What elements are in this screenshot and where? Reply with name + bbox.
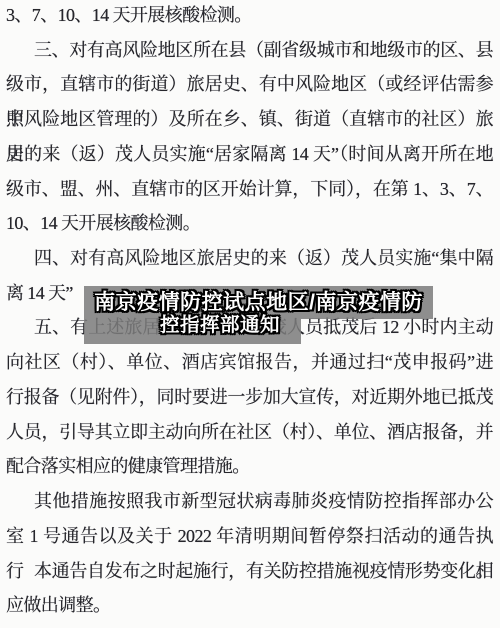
text-line: 三、对有高风险地区所在县（副省级城市和地级市的区、县 bbox=[6, 33, 493, 68]
text-line: 其他措施按照我市新型冠状病毒肺炎疫情防控指挥部办公 bbox=[6, 484, 493, 519]
text-line: 中风险地区管理的）及所在乡、镇、街道（直辖市的社区）旅居 bbox=[6, 102, 493, 137]
document-page: 3、7、10、14 天开展核酸检测。 三、对有高风险地区所在县（副省级城市和地级… bbox=[0, 0, 500, 628]
text-line: 室 1 号通告以及关于 2022 年清明期间暂停祭扫活动的通告执行。 bbox=[6, 519, 493, 554]
text-line: 行报备（见附件），同时要进一步加大宣传，对近期外地已抵茂 bbox=[6, 380, 493, 415]
text-line: 级市、盟、州、直辖市的区开始计算，下同），在第 1、3、7、 bbox=[6, 172, 493, 207]
text-line: 人员，引导其立即主动向所在社区（村）、单位、酒店报备，并 bbox=[6, 415, 493, 450]
text-line: 配合落实相应的健康管理措施。 bbox=[6, 449, 493, 484]
text-line: 10、14 天开展核酸检测。 bbox=[6, 206, 493, 241]
text-line: 3、7、10、14 天开展核酸检测。 bbox=[6, 0, 493, 33]
text-line: 应做出调整。 bbox=[6, 588, 493, 623]
text-line: 级市，直辖市的街道）旅居史、有中风险地区（或经评估需参照 bbox=[6, 67, 493, 102]
text-line: 本通告自发布之时起施行，有关防控措施视疫情形势变化相 bbox=[6, 554, 493, 589]
headline-line-2: 控指挥部通知 bbox=[139, 312, 301, 338]
text-line: 史的来（返）茂人员实施“居家隔离 14 天”（时间从离开所在地 bbox=[6, 137, 493, 172]
text-line: 四、对有高风险地区旅居史的来（返）茂人员实施“集中隔 bbox=[6, 241, 493, 276]
text-line: 向社区（村）、单位、酒店宾馆报告，并通过扫“茂申报码”进 bbox=[6, 345, 493, 380]
